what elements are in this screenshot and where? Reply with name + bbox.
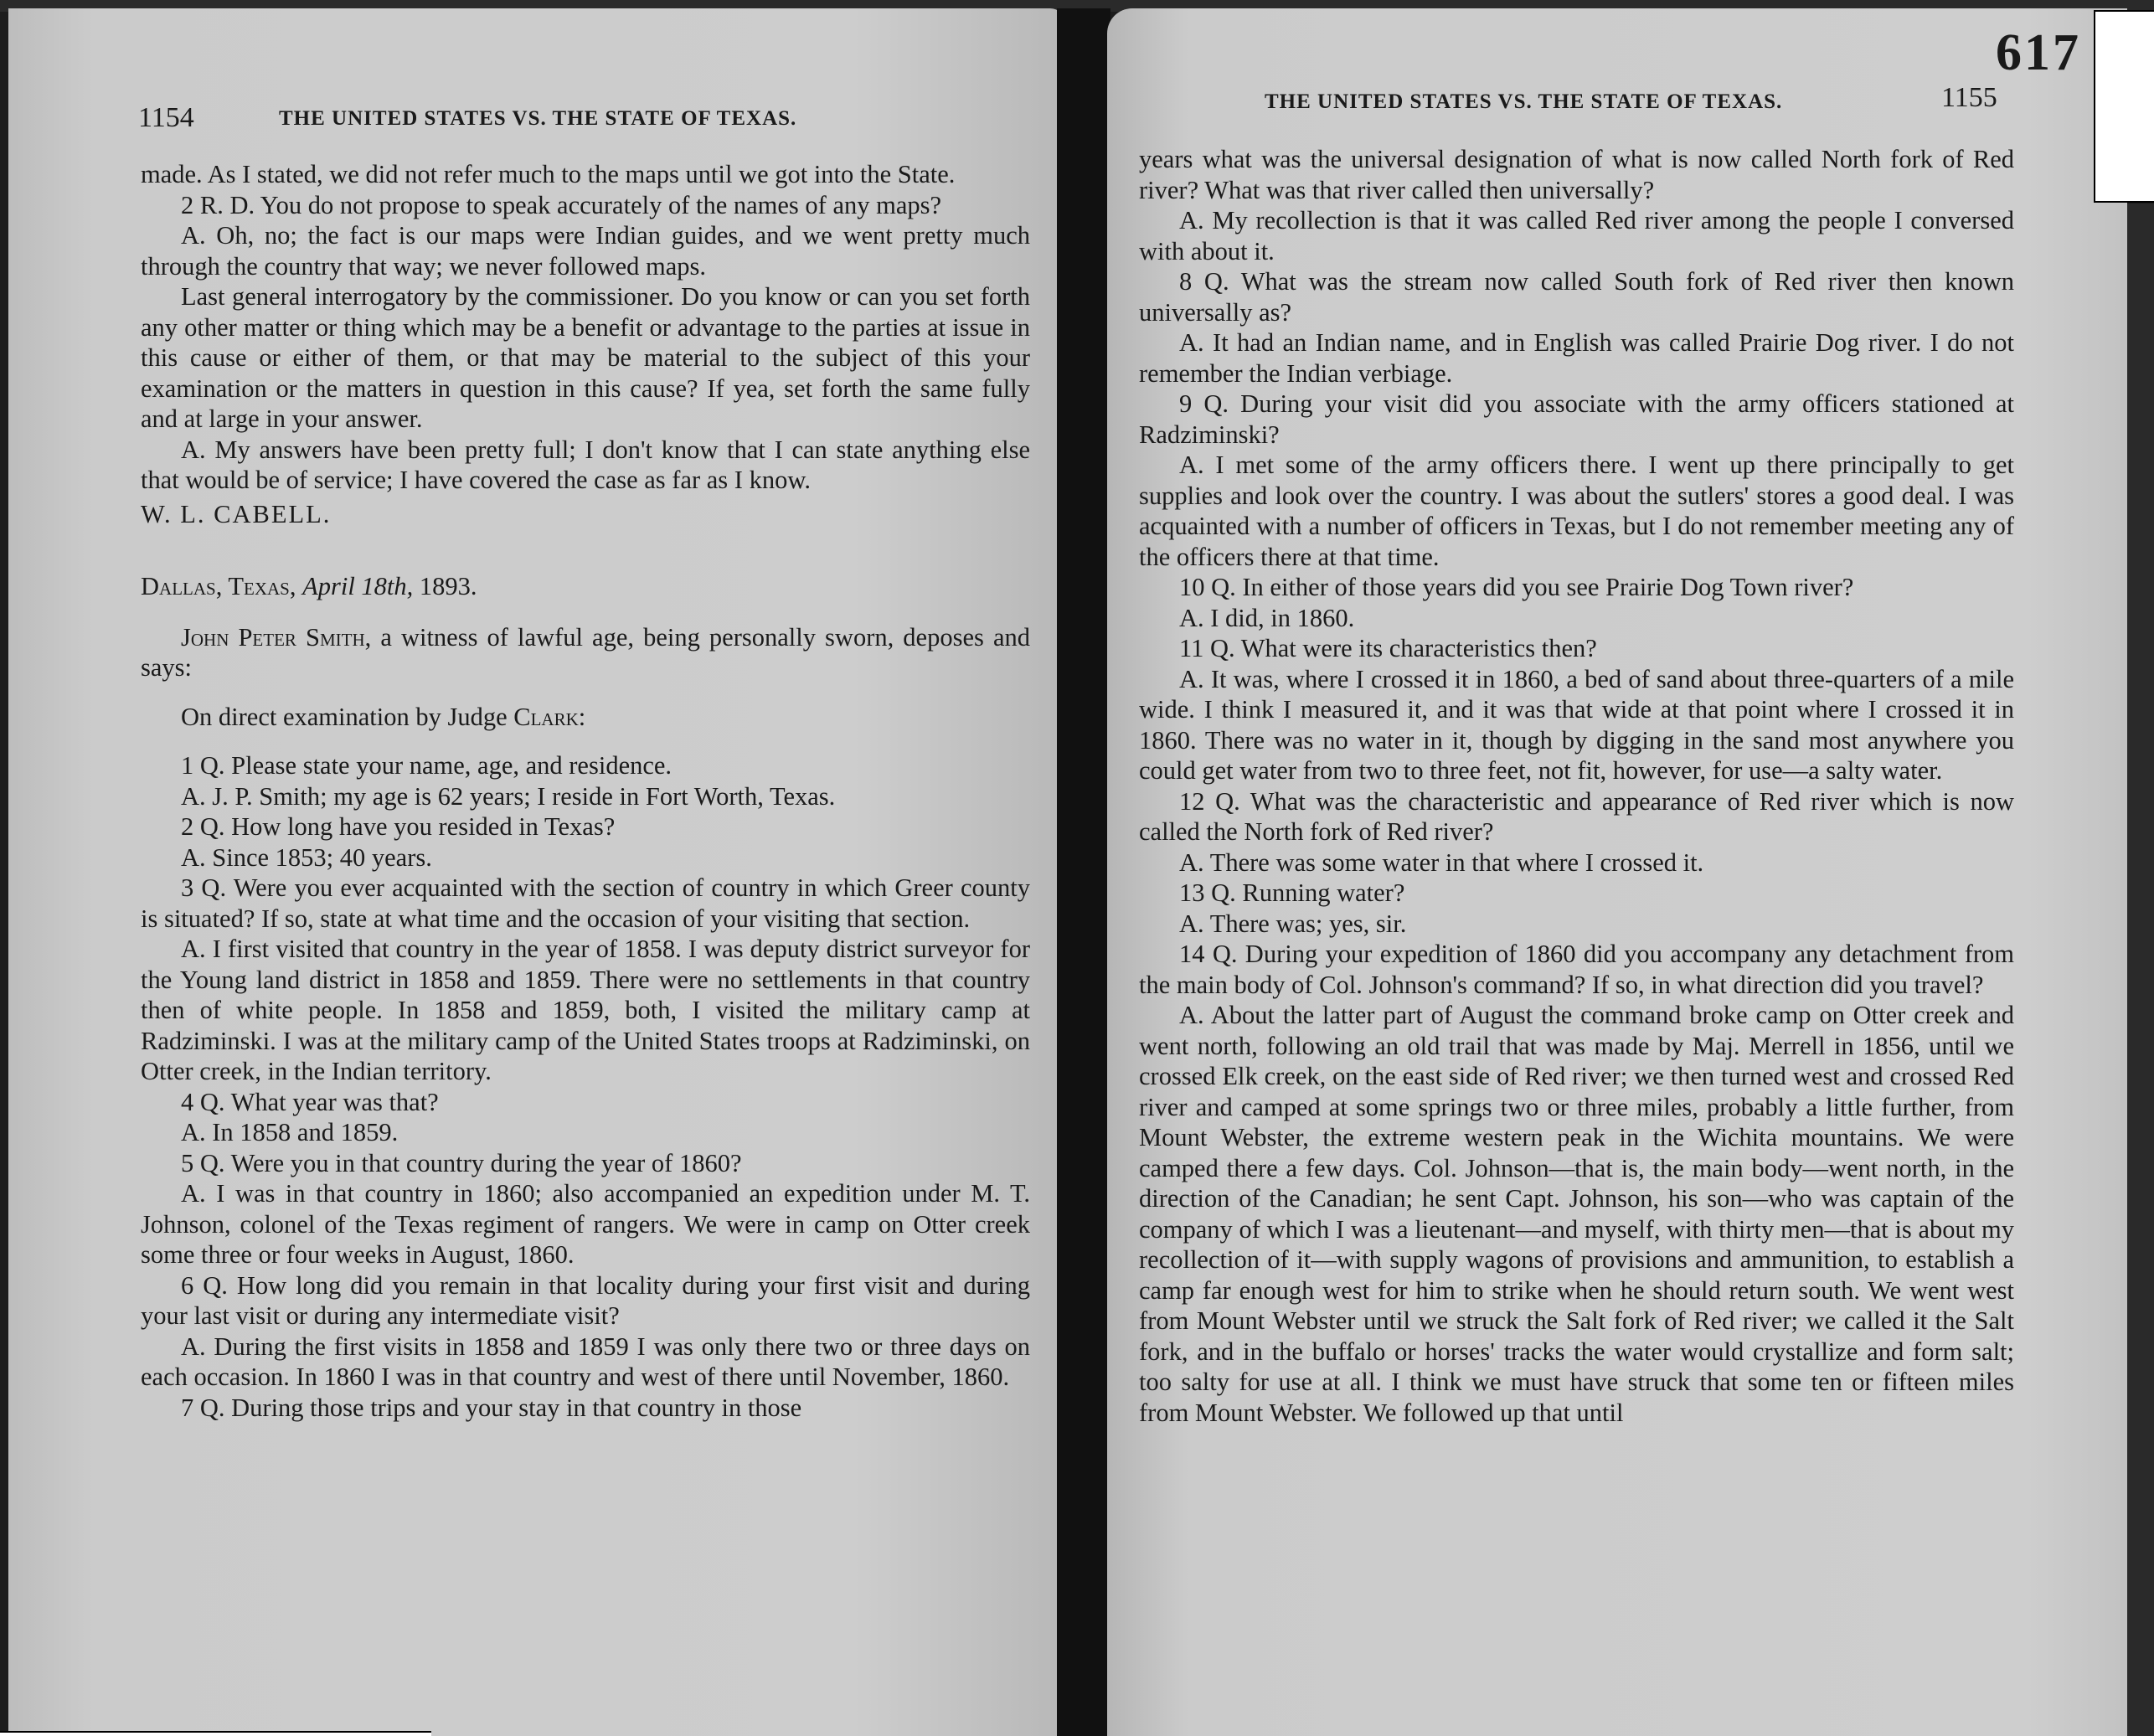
witness-name: John Peter Smith, [181, 623, 371, 652]
right-scan-edge [2127, 203, 2154, 1736]
dateline-year: 1893. [420, 572, 477, 600]
right-page-number: 1155 [1941, 82, 1997, 114]
archive-stamp-number: 617 [1996, 23, 2081, 83]
paragraph: A. Oh, no; the fact is our maps were Ind… [141, 220, 1030, 281]
right-running-head: THE UNITED STATES VS. THE STATE OF TEXAS… [1265, 90, 1782, 114]
testimony-line: A. I first visited that country in the y… [141, 934, 1030, 1087]
paragraph: 13 Q. Running water? [1139, 878, 2014, 909]
paragraph: A. My recollection is that it was called… [1139, 205, 2014, 266]
paragraph: A. About the latter part of August the c… [1139, 1000, 2014, 1428]
testimony-line: 4 Q. What year was that? [141, 1087, 1030, 1118]
paragraph: 14 Q. During your expedition of 1860 did… [1139, 939, 2014, 1000]
testimony-line: 2 Q. How long have you resided in Texas? [141, 811, 1030, 842]
paragraph: 9 Q. During your visit did you associate… [1139, 389, 2014, 450]
paragraph: 8 Q. What was the stream now called Sout… [1139, 266, 2014, 327]
examiner-name: Clark: [513, 703, 585, 731]
testimony-line: A. J. P. Smith; my age is 62 years; I re… [141, 781, 1030, 812]
exam-line: On direct examination by Judge Clark: [141, 702, 1030, 733]
dateline-date: April 18th, [302, 572, 413, 600]
testimony-line: 5 Q. Were you in that country during the… [141, 1148, 1030, 1179]
paragraph: A. It had an Indian name, and in English… [1139, 327, 2014, 389]
testimony-line: A. In 1858 and 1859. [141, 1117, 1030, 1148]
paragraph: years what was the universal designation… [1139, 144, 2014, 205]
dateline: Dallas, Texas, April 18th, 1893. [141, 571, 1030, 602]
paragraph: A. It was, where I crossed it in 1860, a… [1139, 664, 2014, 786]
paragraph: A. There was some water in that where I … [1139, 847, 2014, 878]
witness-intro: John Peter Smith, a witness of lawful ag… [141, 622, 1030, 683]
paragraph: 11 Q. What were its characteristics then… [1139, 633, 2014, 664]
dateline-place: Dallas, Texas, [141, 572, 296, 600]
left-text-column: made. As I stated, we did not refer much… [141, 159, 1030, 1423]
book-gutter [1057, 8, 1110, 1736]
testimony-line: 1 Q. Please state your name, age, and re… [141, 750, 1030, 781]
testimony-line: 3 Q. Were you ever acquainted with the s… [141, 873, 1030, 934]
paragraph: A. I met some of the army officers there… [1139, 450, 2014, 572]
paragraph: made. As I stated, we did not refer much… [141, 159, 1030, 190]
testimony-line: A. Since 1853; 40 years. [141, 842, 1030, 873]
testimony-line: A. During the first visits in 1858 and 1… [141, 1332, 1030, 1393]
paragraph: A. I did, in 1860. [1139, 603, 2014, 634]
paragraph: A. My answers have been pretty full; I d… [141, 435, 1030, 496]
scan-notch-fill [2127, 12, 2154, 201]
left-page-number: 1154 [138, 102, 194, 134]
paragraph: Last general interrogatory by the commis… [141, 281, 1030, 435]
right-text-column: years what was the universal designation… [1139, 144, 2014, 1428]
testimony-line: 7 Q. During those trips and your stay in… [141, 1393, 1030, 1424]
paragraph: A. There was; yes, sir. [1139, 909, 2014, 940]
paragraph: 12 Q. What was the characteristic and ap… [1139, 786, 2014, 847]
exam-line-text: On direct examination by Judge [181, 703, 508, 731]
paragraph: 10 Q. In either of those years did you s… [1139, 572, 2014, 603]
testimony-line: A. I was in that country in 1860; also a… [141, 1178, 1030, 1270]
paragraph: 2 R. D. You do not propose to speak accu… [141, 190, 1030, 221]
left-running-head: THE UNITED STATES VS. THE STATE OF TEXAS… [279, 107, 796, 131]
testimony-line: 6 Q. How long did you remain in that loc… [141, 1270, 1030, 1332]
signature: W. L. CABELL. [141, 499, 1030, 530]
scan-bottom-tab [0, 1731, 431, 1736]
